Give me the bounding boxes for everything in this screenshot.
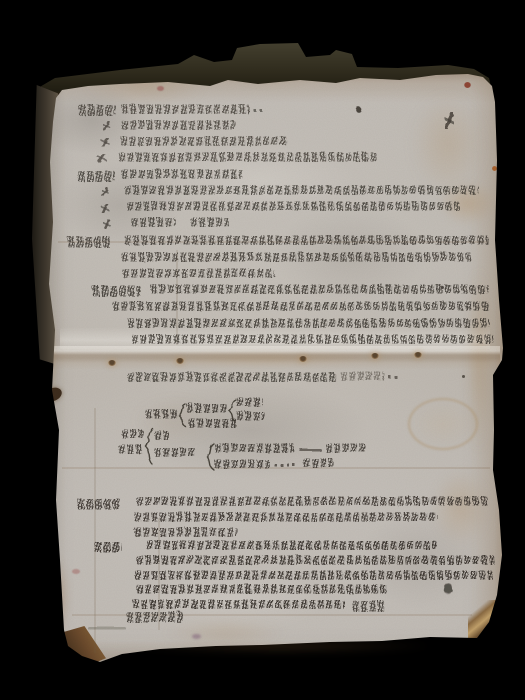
para4-line3 bbox=[134, 570, 492, 579]
diagram-b-label2 bbox=[118, 444, 142, 453]
list2-item3-text-b bbox=[190, 217, 228, 226]
diagram-b-row2-dots bbox=[274, 463, 298, 466]
para4-line1 bbox=[146, 540, 436, 549]
foldnote-end-dots bbox=[388, 375, 397, 378]
para4-line2 bbox=[136, 555, 494, 564]
diagram-b-row1-dash bbox=[299, 448, 321, 451]
foldnote-text-tail bbox=[340, 371, 384, 380]
para3-label bbox=[77, 498, 120, 509]
para2-label bbox=[92, 285, 140, 296]
diagram-a-branch1b bbox=[236, 411, 264, 420]
list1-heading-label bbox=[78, 104, 115, 115]
list2-item1-marker bbox=[101, 187, 109, 196]
list1-item3-marker bbox=[96, 153, 106, 162]
diagram-b-brace bbox=[144, 427, 154, 465]
para1-line1 bbox=[124, 235, 488, 244]
diagram-b-top bbox=[154, 430, 168, 439]
diagram-b-row1-tail bbox=[325, 443, 365, 452]
ink-squiggle bbox=[444, 112, 453, 128]
list1-item1-text bbox=[121, 120, 235, 129]
para1-line3 bbox=[122, 268, 274, 277]
photograph-of-manuscript bbox=[0, 0, 525, 700]
list2-item1-text bbox=[124, 185, 478, 194]
para4-label bbox=[94, 541, 121, 552]
para1-line2 bbox=[121, 252, 471, 261]
diagram-a-branch2 bbox=[188, 418, 236, 427]
para4-line5 bbox=[132, 599, 344, 608]
handwriting-ink-layer bbox=[0, 0, 525, 700]
list2-item3-marker bbox=[102, 219, 110, 228]
diagram-b-label1 bbox=[121, 429, 143, 438]
list1-heading-text bbox=[121, 104, 249, 113]
diagram-b-row2 bbox=[214, 459, 269, 468]
closing-pencil-dash bbox=[87, 626, 125, 629]
list2-item3-text-a bbox=[131, 217, 175, 226]
foldnote-text bbox=[127, 372, 337, 381]
diagram-b-mid bbox=[154, 447, 196, 456]
list1-item3-text bbox=[118, 152, 376, 161]
para3-line2 bbox=[134, 512, 437, 521]
ink-blot bbox=[443, 582, 452, 594]
para3-line3 bbox=[134, 527, 237, 536]
diagram-b-row1 bbox=[214, 443, 294, 452]
list1-item2-text bbox=[120, 136, 287, 145]
list2-heading-label bbox=[77, 170, 114, 181]
diagram-a-label bbox=[145, 409, 177, 418]
para1-label bbox=[67, 236, 111, 247]
ink-dot bbox=[355, 106, 361, 112]
diagram-a-branch1a bbox=[236, 397, 262, 406]
closing-right-note bbox=[352, 600, 384, 611]
list1-item2-marker bbox=[100, 137, 109, 146]
para2-line2 bbox=[112, 301, 489, 310]
para4-line4 bbox=[136, 584, 388, 593]
diagram-a-branch1 bbox=[186, 403, 226, 412]
diagram-b-row2-tail bbox=[303, 458, 333, 467]
list2-heading-text bbox=[121, 169, 242, 178]
list1-heading-end-dots bbox=[253, 108, 262, 111]
list2-item2-text bbox=[126, 201, 459, 210]
list1-item1-marker bbox=[102, 121, 110, 130]
para2-line3 bbox=[127, 318, 489, 327]
list2-item2-marker bbox=[100, 203, 108, 212]
para3-line1 bbox=[136, 496, 488, 505]
para2-line1 bbox=[150, 284, 488, 293]
para2-line4 bbox=[131, 334, 493, 343]
closing-left-note bbox=[126, 611, 182, 622]
